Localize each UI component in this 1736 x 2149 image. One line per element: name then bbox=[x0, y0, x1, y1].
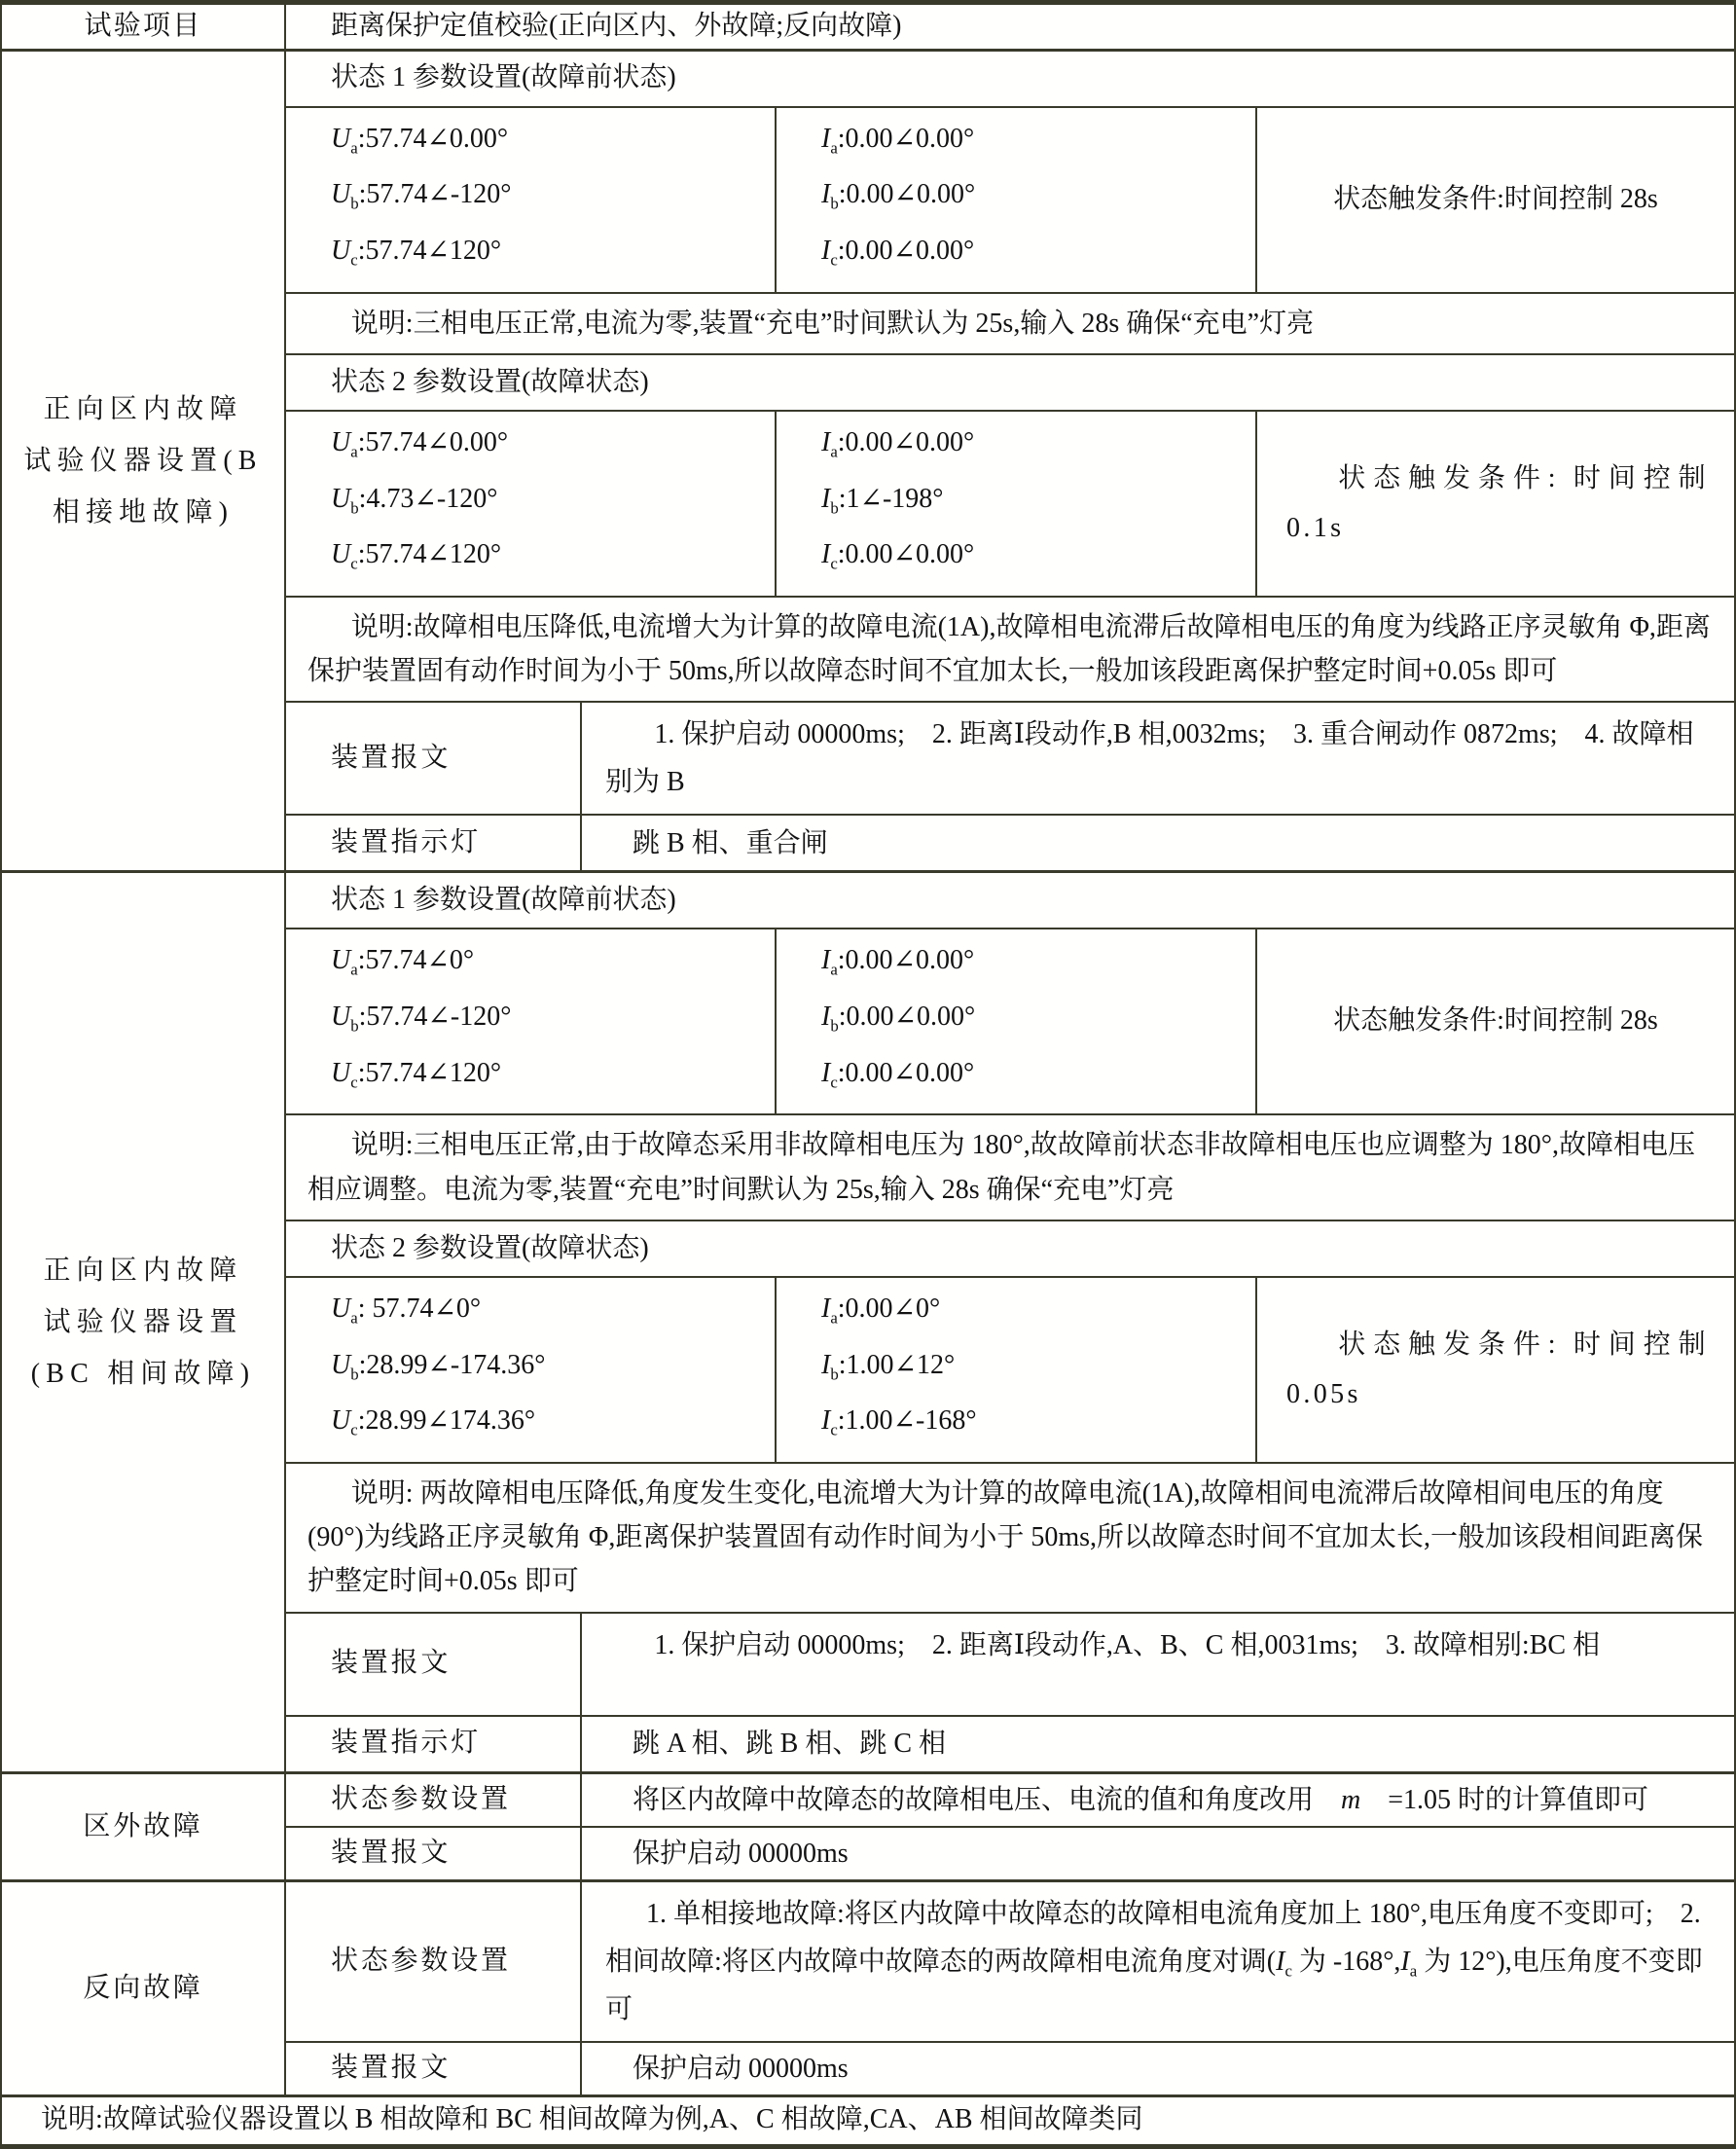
symbol-ia: I bbox=[1400, 1947, 1409, 1977]
device-lamp-value: 跳 A 相、跳 B 相、跳 C 相 bbox=[582, 1717, 1734, 1771]
title-row: 试验项目 距离保护定值校验(正向区内、外故障;反向故障) bbox=[2, 5, 1734, 52]
variable-m: m bbox=[1314, 1776, 1360, 1824]
symbol: U bbox=[331, 1293, 350, 1324]
subscript: b bbox=[350, 1365, 358, 1383]
symbol: I bbox=[821, 1058, 830, 1088]
state1-note: 说明:三相电压正常,电流为零,装置“充电”时间默认为 25s,输入 28s 确保… bbox=[286, 294, 1734, 355]
subscript: b bbox=[350, 1017, 358, 1036]
device-report-value: 1. 保护启动 00000ms; 2. 距离Ⅰ段动作,A、B、C 相,0031m… bbox=[582, 1614, 1734, 1715]
current-ia: Ia:0.00∠0.00° bbox=[777, 419, 1255, 476]
subscript: b bbox=[350, 498, 358, 517]
subscript: c bbox=[830, 1073, 837, 1091]
section-reverse-fault: 反向故障 状态参数设置 1. 单相接地故障:将区内故障中故障态的故障相电流角度加… bbox=[2, 1882, 1734, 2097]
reverse-param-row: 状态参数设置 1. 单相接地故障:将区内故障中故障态的故障相电流角度加上 180… bbox=[286, 1882, 1734, 2043]
param-text: 将区内故障中故障态的故障相电压、电流的值和角度改用 bbox=[605, 1776, 1314, 1824]
subscript: c bbox=[830, 1421, 837, 1439]
reverse-report-row: 装置报文 保护启动 00000ms bbox=[286, 2043, 1734, 2094]
symbol: I bbox=[821, 484, 830, 514]
section-bc-phase: 正向区内故障 试验仪器设置 (BC 相间故障) 状态 1 参数设置(故障前状态)… bbox=[2, 873, 1734, 1773]
voltage-uc: Uc:57.74∠120° bbox=[286, 1050, 775, 1107]
value: :57.74∠120° bbox=[358, 236, 501, 266]
current-ic: Ic:0.00∠0.00° bbox=[777, 531, 1255, 588]
trigger-condition: 状态触发条件: 时间控制 0.05s bbox=[1257, 1278, 1734, 1462]
current-ic: Ic:0.00∠0.00° bbox=[777, 228, 1255, 284]
reverse-report-label: 装置报文 bbox=[286, 2043, 582, 2094]
outside-report-row: 装置报文 保护启动 00000ms bbox=[286, 1828, 1734, 1879]
state1-values: Ua:57.74∠0.00° Ub:57.74∠-120° Uc:57.74∠1… bbox=[286, 108, 1734, 294]
voltage-column: Ua:57.74∠0.00° Ub:57.74∠-120° Uc:57.74∠1… bbox=[286, 108, 777, 292]
state2-title: 状态 2 参数设置(故障状态) bbox=[286, 355, 1734, 412]
state1-title: 状态 1 参数设置(故障前状态) bbox=[286, 873, 1734, 929]
current-ib: Ib:1.00∠12° bbox=[777, 1342, 1255, 1399]
current-ib: Ib:0.00∠0.00° bbox=[777, 171, 1255, 228]
reverse-label: 反向故障 bbox=[2, 1882, 286, 2094]
voltage-uc: Uc:28.99∠174.36° bbox=[286, 1398, 775, 1454]
subscript: c bbox=[350, 1421, 357, 1439]
state2-title: 状态 2 参数设置(故障状态) bbox=[286, 1221, 1734, 1278]
value: :28.99∠174.36° bbox=[358, 1405, 535, 1436]
symbol: U bbox=[331, 124, 350, 154]
value: :0.00∠0.00° bbox=[838, 539, 974, 569]
current-ia: Ia:0.00∠0.00° bbox=[777, 116, 1255, 172]
section-a-label: 正向区内故障 试验仪器设置(B 相接地故障) bbox=[2, 52, 286, 871]
current-column: Ia:0.00∠0.00° Ib:0.00∠0.00° Ic:0.00∠0.00… bbox=[777, 108, 1257, 292]
subscript: a bbox=[350, 1309, 357, 1328]
value: :0.00∠0.00° bbox=[838, 427, 974, 457]
section-b-label: 正向区内故障 试验仪器设置 (BC 相间故障) bbox=[2, 873, 286, 1770]
symbol: I bbox=[821, 124, 830, 154]
value: : 57.74∠0° bbox=[358, 1293, 481, 1324]
subscript: b bbox=[830, 1365, 838, 1383]
symbol: I bbox=[821, 179, 830, 209]
symbol: I bbox=[821, 427, 830, 457]
section-a-body: 状态 1 参数设置(故障前状态) Ua:57.74∠0.00° Ub:57.74… bbox=[286, 52, 1734, 871]
reverse-param-label: 状态参数设置 bbox=[286, 1882, 582, 2041]
current-ic: Ic:1.00∠-168° bbox=[777, 1398, 1255, 1454]
device-report-label: 装置报文 bbox=[286, 703, 582, 814]
subscript: b bbox=[830, 195, 838, 213]
section-outside-zone: 区外故障 状态参数设置 将区内故障中故障态的故障相电压、电流的值和角度改用 m=… bbox=[2, 1774, 1734, 1882]
value: :0.00∠0.00° bbox=[838, 124, 974, 154]
symbol: I bbox=[821, 1002, 830, 1032]
value: :1.00∠12° bbox=[839, 1350, 955, 1380]
state1-title: 状态 1 参数设置(故障前状态) bbox=[286, 52, 1734, 108]
section-b-body: 状态 1 参数设置(故障前状态) Ua:57.74∠0° Ub:57.74∠-1… bbox=[286, 873, 1734, 1770]
current-column: Ia:0.00∠0.00° Ib:1∠-198° Ic:0.00∠0.00° bbox=[777, 412, 1257, 596]
subscript: b bbox=[350, 195, 358, 213]
current-ia: Ia:0.00∠0° bbox=[777, 1286, 1255, 1342]
voltage-ub: Ub:57.74∠-120° bbox=[286, 171, 775, 228]
voltage-uc: Uc:57.74∠120° bbox=[286, 531, 775, 588]
device-lamp-row: 装置指示灯 跳 B 相、重合闸 bbox=[286, 816, 1734, 870]
symbol: U bbox=[331, 945, 350, 975]
value: :0.00∠0° bbox=[838, 1293, 940, 1324]
value: :0.00∠0.00° bbox=[838, 1058, 974, 1088]
param-text: 为 -168°, bbox=[1292, 1947, 1401, 1977]
symbol: I bbox=[821, 1293, 830, 1324]
subscript: c bbox=[350, 251, 357, 270]
outside-label: 区外故障 bbox=[2, 1774, 286, 1879]
symbol: I bbox=[821, 1350, 830, 1380]
voltage-column: Ua: 57.74∠0° Ub:28.99∠-174.36° Uc:28.99∠… bbox=[286, 1278, 777, 1462]
value: :28.99∠-174.36° bbox=[359, 1350, 546, 1380]
device-report-value: 1. 保护启动 00000ms; 2. 距离Ⅰ段动作,B 相,0032ms; 3… bbox=[582, 703, 1734, 814]
value: :57.74∠120° bbox=[358, 539, 501, 569]
current-column: Ia:0.00∠0.00° Ib:0.00∠0.00° Ic:0.00∠0.00… bbox=[777, 929, 1257, 1113]
voltage-ua: Ua:57.74∠0.00° bbox=[286, 419, 775, 476]
symbol: U bbox=[331, 1058, 350, 1088]
state1-values: Ua:57.74∠0° Ub:57.74∠-120° Uc:57.74∠120°… bbox=[286, 929, 1734, 1115]
voltage-ua: Ua: 57.74∠0° bbox=[286, 1286, 775, 1342]
voltage-column: Ua:57.74∠0° Ub:57.74∠-120° Uc:57.74∠120° bbox=[286, 929, 777, 1113]
value: :57.74∠0.00° bbox=[358, 427, 508, 457]
value: :1.00∠-168° bbox=[838, 1405, 977, 1436]
symbol: U bbox=[331, 539, 350, 569]
subscript: c bbox=[350, 555, 357, 573]
symbol: I bbox=[821, 539, 830, 569]
trigger-condition: 状态触发条件:时间控制 28s bbox=[1257, 108, 1734, 292]
value: :0.00∠0.00° bbox=[838, 945, 974, 975]
symbol: I bbox=[821, 236, 830, 266]
symbol: U bbox=[331, 1002, 350, 1032]
test-item-label: 试验项目 bbox=[2, 5, 286, 49]
outside-param-label: 状态参数设置 bbox=[286, 1774, 582, 1826]
subscript: c bbox=[1284, 1961, 1291, 1980]
voltage-ua: Ua:57.74∠0.00° bbox=[286, 116, 775, 172]
current-ib: Ib:1∠-198° bbox=[777, 476, 1255, 532]
value: :0.00∠0.00° bbox=[839, 179, 975, 209]
symbol: U bbox=[331, 484, 350, 514]
device-report-label: 装置报文 bbox=[286, 1614, 582, 1715]
device-report-row: 装置报文 1. 保护启动 00000ms; 2. 距离Ⅰ段动作,A、B、C 相,… bbox=[286, 1614, 1734, 1717]
outside-body: 状态参数设置 将区内故障中故障态的故障相电压、电流的值和角度改用 m=1.05 … bbox=[286, 1774, 1734, 1879]
param-text: =1.05 时的计算值即可 bbox=[1360, 1776, 1648, 1824]
reverse-report-value: 保护启动 00000ms bbox=[582, 2043, 1734, 2094]
value: :57.74∠-120° bbox=[359, 179, 512, 209]
voltage-ub: Ub:28.99∠-174.36° bbox=[286, 1342, 775, 1399]
symbol: I bbox=[821, 1405, 830, 1436]
value: :4.73∠-120° bbox=[359, 484, 498, 514]
device-lamp-value: 跳 B 相、重合闸 bbox=[582, 816, 1734, 870]
device-lamp-label: 装置指示灯 bbox=[286, 816, 582, 870]
subscript: a bbox=[830, 1309, 837, 1328]
test-spec-table: 试验项目 距离保护定值校验(正向区内、外故障;反向故障) 正向区内故障 试验仪器… bbox=[0, 0, 1736, 2149]
voltage-ub: Ub:4.73∠-120° bbox=[286, 476, 775, 532]
section-b-phase-ground: 正向区内故障 试验仪器设置(B 相接地故障) 状态 1 参数设置(故障前状态) … bbox=[2, 52, 1734, 874]
footer-note: 说明:故障试验仪器设置以 B 相故障和 BC 相间故障为例,A、C 相故障,CA… bbox=[2, 2097, 1734, 2144]
subscript: b bbox=[830, 498, 838, 517]
current-ib: Ib:0.00∠0.00° bbox=[777, 994, 1255, 1050]
value: :57.74∠-120° bbox=[359, 1002, 512, 1032]
subscript: c bbox=[830, 555, 837, 573]
voltage-ua: Ua:57.74∠0° bbox=[286, 937, 775, 994]
state2-note: 说明: 两故障相电压降低,角度发生变化,电流增大为计算的故障电流(1A),故障相… bbox=[286, 1464, 1734, 1614]
reverse-body: 状态参数设置 1. 单相接地故障:将区内故障中故障态的故障相电流角度加上 180… bbox=[286, 1882, 1734, 2094]
state2-note: 说明:故障相电压降低,电流增大为计算的故障电流(1A),故障相电流滞后故障相电压… bbox=[286, 598, 1734, 704]
subscript: a bbox=[350, 443, 357, 461]
value: :57.74∠120° bbox=[358, 1058, 501, 1088]
symbol: I bbox=[821, 945, 830, 975]
value: :57.74∠0.00° bbox=[358, 124, 508, 154]
current-column: Ia:0.00∠0° Ib:1.00∠12° Ic:1.00∠-168° bbox=[777, 1278, 1257, 1462]
subscript: c bbox=[830, 251, 837, 270]
symbol: U bbox=[331, 1350, 350, 1380]
value: :0.00∠0.00° bbox=[839, 1002, 975, 1032]
reverse-param-value: 1. 单相接地故障:将区内故障中故障态的故障相电流角度加上 180°,电压角度不… bbox=[582, 1882, 1734, 2041]
state1-note: 说明:三相电压正常,由于故障态采用非故障相电压为 180°,故故障前状态非故障相… bbox=[286, 1115, 1734, 1221]
current-ia: Ia:0.00∠0.00° bbox=[777, 937, 1255, 994]
symbol: U bbox=[331, 236, 350, 266]
value: :57.74∠0° bbox=[358, 945, 474, 975]
device-report-row: 装置报文 1. 保护启动 00000ms; 2. 距离Ⅰ段动作,B 相,0032… bbox=[286, 703, 1734, 816]
symbol: U bbox=[331, 179, 350, 209]
symbol: U bbox=[331, 1405, 350, 1436]
value: :1∠-198° bbox=[839, 484, 944, 514]
outside-report-label: 装置报文 bbox=[286, 1828, 582, 1879]
subscript: a bbox=[350, 961, 357, 979]
trigger-condition: 状态触发条件:时间控制 28s bbox=[1257, 929, 1734, 1113]
state2-values: Ua: 57.74∠0° Ub:28.99∠-174.36° Uc:28.99∠… bbox=[286, 1278, 1734, 1464]
subscript: a bbox=[830, 138, 837, 157]
voltage-ub: Ub:57.74∠-120° bbox=[286, 994, 775, 1050]
subscript: a bbox=[830, 961, 837, 979]
value: :0.00∠0.00° bbox=[838, 236, 974, 266]
subscript: c bbox=[350, 1073, 357, 1091]
symbol: U bbox=[331, 427, 350, 457]
outside-report-value: 保护启动 00000ms bbox=[582, 1828, 1734, 1879]
device-lamp-row: 装置指示灯 跳 A 相、跳 B 相、跳 C 相 bbox=[286, 1717, 1734, 1771]
state2-values: Ua:57.74∠0.00° Ub:4.73∠-120° Uc:57.74∠12… bbox=[286, 412, 1734, 598]
current-ic: Ic:0.00∠0.00° bbox=[777, 1050, 1255, 1107]
device-lamp-label: 装置指示灯 bbox=[286, 1717, 582, 1771]
subscript: a bbox=[350, 138, 357, 157]
trigger-condition: 状态触发条件: 时间控制 0.1s bbox=[1257, 412, 1734, 596]
subscript: a bbox=[830, 443, 837, 461]
voltage-column: Ua:57.74∠0.00° Ub:4.73∠-120° Uc:57.74∠12… bbox=[286, 412, 777, 596]
test-item-value: 距离保护定值校验(正向区内、外故障;反向故障) bbox=[286, 5, 1734, 49]
outside-param-row: 状态参数设置 将区内故障中故障态的故障相电压、电流的值和角度改用 m=1.05 … bbox=[286, 1774, 1734, 1828]
voltage-uc: Uc:57.74∠120° bbox=[286, 228, 775, 284]
subscript: b bbox=[830, 1017, 838, 1036]
outside-param-value: 将区内故障中故障态的故障相电压、电流的值和角度改用 m=1.05 时的计算值即可 bbox=[582, 1774, 1734, 1826]
